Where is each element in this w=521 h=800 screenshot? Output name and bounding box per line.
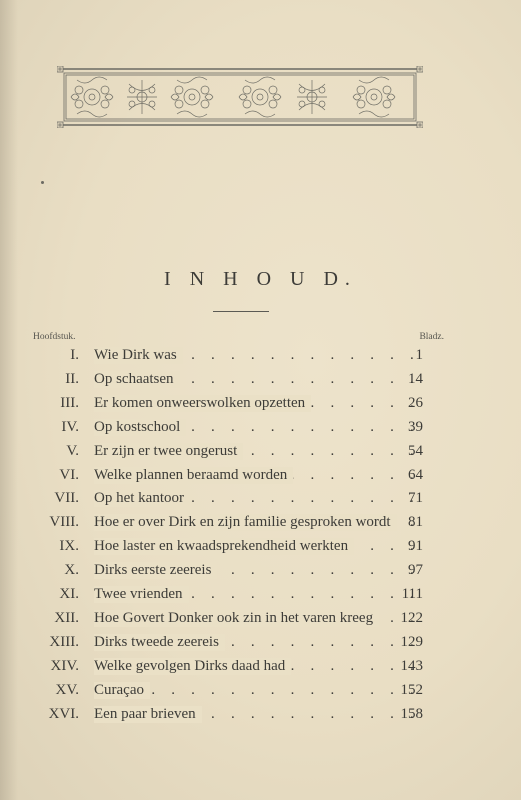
chapter-title: Hoe er over Dirk en zijn familie gesprok… [94, 514, 397, 531]
chapter-number: XIII. [0, 634, 79, 651]
chapter-title: Curaçao [94, 682, 150, 699]
toc-entry: II.. . . . . . . . . . . . . . . . . . .… [0, 371, 521, 391]
ink-speck [41, 181, 44, 184]
chapter-title: Een paar brieven [94, 706, 202, 723]
toc-entry: XVI.. . . . . . . . . . . . . . . . . . … [0, 706, 521, 726]
chapter-title: Er zijn er twee ongerust [94, 443, 243, 460]
chapter-title: Welke plannen beraamd worden [94, 467, 293, 484]
chapter-number: XV. [0, 682, 79, 699]
toc-entry: XIII.. . . . . . . . . . . . . . . . . .… [0, 634, 521, 654]
page-number: 64 [383, 467, 423, 484]
chapter-title: Dirks eerste zeereis [94, 562, 217, 579]
chapter-title: Op kostschool [94, 419, 186, 436]
toc-entry: XIV.. . . . . . . . . . . . . . . . . . … [0, 658, 521, 678]
page-number: 39 [383, 419, 423, 436]
chapter-number: XIV. [0, 658, 79, 675]
page-number: 54 [383, 443, 423, 460]
page-number: 81 [383, 514, 423, 531]
chapter-title: Dirks tweede zeereis [94, 634, 225, 651]
chapter-number: VI. [0, 467, 79, 484]
toc-entry: VI.. . . . . . . . . . . . . . . . . . .… [0, 467, 521, 487]
column-header-chapter: Hoofdstuk. [33, 332, 76, 342]
page-number: 152 [383, 682, 423, 699]
chapter-title: Op het kantoor [94, 490, 190, 507]
page-number: 143 [383, 658, 423, 675]
column-header-page: Bladz. [419, 332, 444, 342]
chapter-title: Er komen onweerswolken opzetten [94, 395, 311, 412]
chapter-number: IV. [0, 419, 79, 436]
page-number: 26 [383, 395, 423, 412]
chapter-title: Welke gevolgen Dirks daad had [94, 658, 291, 675]
title-rule [213, 311, 269, 312]
chapter-number: XI. [0, 586, 79, 603]
page-number: 71 [383, 490, 423, 507]
chapter-number: III. [0, 395, 79, 412]
chapter-number: I. [0, 347, 79, 364]
chapter-title: Wie Dirk was [94, 347, 183, 364]
chapter-number: VII. [0, 490, 79, 507]
chapter-number: XII. [0, 610, 79, 627]
chapter-number: II. [0, 371, 79, 388]
toc-entry: IV.. . . . . . . . . . . . . . . . . . .… [0, 419, 521, 439]
toc-entry: V.. . . . . . . . . . . . . . . . . . . … [0, 443, 521, 463]
page-number: 111 [383, 586, 423, 603]
page-number: 97 [383, 562, 423, 579]
page-title: I N H O U D. [0, 268, 521, 291]
toc-entry: XV.. . . . . . . . . . . . . . . . . . .… [0, 682, 521, 702]
toc-entry: IX.. . . . . . . . . . . . . . . . . . .… [0, 538, 521, 558]
page-number: 129 [383, 634, 423, 651]
page-number: 158 [383, 706, 423, 723]
page-number: 14 [383, 371, 423, 388]
chapter-title: Hoe Govert Donker ook zin in het varen k… [94, 610, 379, 627]
chapter-title: Hoe laster en kwaadsprekendheid werkten [94, 538, 354, 555]
chapter-number: VIII. [0, 514, 79, 531]
chapter-title: Op schaatsen [94, 371, 180, 388]
page-number: 122 [383, 610, 423, 627]
chapter-number: V. [0, 443, 79, 460]
chapter-number: X. [0, 562, 79, 579]
chapter-number: IX. [0, 538, 79, 555]
toc-entry: III.. . . . . . . . . . . . . . . . . . … [0, 395, 521, 415]
chapter-number: XVI. [0, 706, 79, 723]
scrollwork-ornament-icon [57, 66, 423, 128]
toc-entry: XI.. . . . . . . . . . . . . . . . . . .… [0, 586, 521, 606]
page-number: 91 [383, 538, 423, 555]
toc-entry: XII.. . . . . . . . . . . . . . . . . . … [0, 610, 521, 630]
toc-entry: VII.. . . . . . . . . . . . . . . . . . … [0, 490, 521, 510]
page-number: 1 [383, 347, 423, 364]
ornamental-headpiece [57, 66, 423, 128]
chapter-title: Twee vrienden [94, 586, 189, 603]
toc-entry: I.. . . . . . . . . . . . . . . . . . . … [0, 347, 521, 367]
toc-entry: VIII.. . . . . . . . . . . . . . . . . .… [0, 514, 521, 534]
toc-entry: X.. . . . . . . . . . . . . . . . . . . … [0, 562, 521, 582]
